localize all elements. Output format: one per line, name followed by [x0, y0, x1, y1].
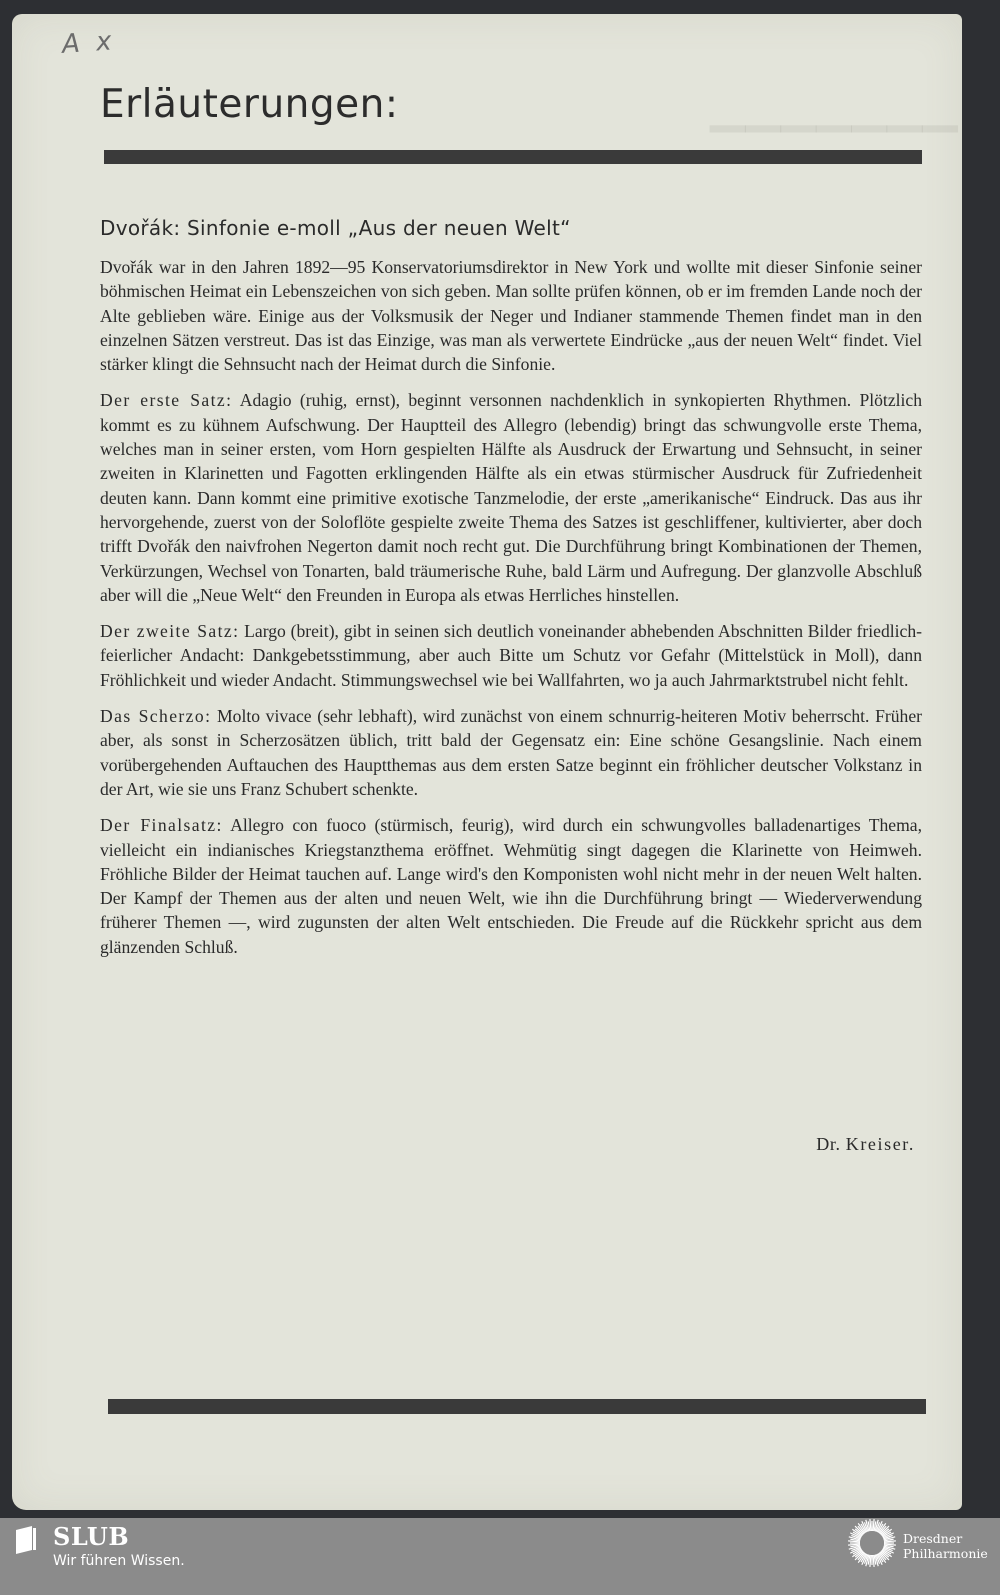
paragraph-first-movement: Der erste Satz: Adagio (ruhig, ernst), b…: [100, 388, 922, 607]
footer-bar: SLUB Wir führen Wissen. Dresdner Philhar…: [0, 1518, 1000, 1595]
sunburst-ring-icon: [845, 1518, 899, 1568]
piece-heading: Dvořák: Sinfonie e-moll „Aus der neuen W…: [100, 216, 571, 240]
paragraph-intro: Dvořák war in den Jahren 1892—95 Konserv…: [100, 255, 922, 376]
movement-label: Der zweite Satz:: [100, 621, 239, 641]
book-icon: [14, 1526, 38, 1554]
author-signature: Dr. Kreiser.: [816, 1134, 915, 1155]
paragraph-second-movement: Der zweite Satz: Largo (breit), gibt in …: [100, 619, 922, 692]
movement-label: Das Scherzo:: [100, 706, 211, 726]
slub-name: SLUB: [53, 1522, 129, 1551]
slub-tagline: Wir führen Wissen.: [53, 1553, 185, 1569]
movement-label: Der Finalsatz:: [100, 815, 223, 835]
bottom-rule: [108, 1399, 926, 1414]
paragraph-finale: Der Finalsatz: Allegro con fuoco (stürmi…: [100, 813, 922, 959]
title-rule: [104, 150, 922, 164]
page-title: Erläuterungen:: [100, 82, 399, 127]
handwritten-annotation: A x: [61, 26, 116, 60]
paragraph-scherzo: Das Scherzo: Molto vivace (sehr lebhaft)…: [100, 704, 922, 801]
movement-label: Der erste Satz:: [100, 390, 232, 410]
program-notes-body: Dvořák war in den Jahren 1892—95 Konserv…: [100, 255, 922, 971]
philharmonie-name: Dresdner Philharmonie: [903, 1531, 988, 1561]
